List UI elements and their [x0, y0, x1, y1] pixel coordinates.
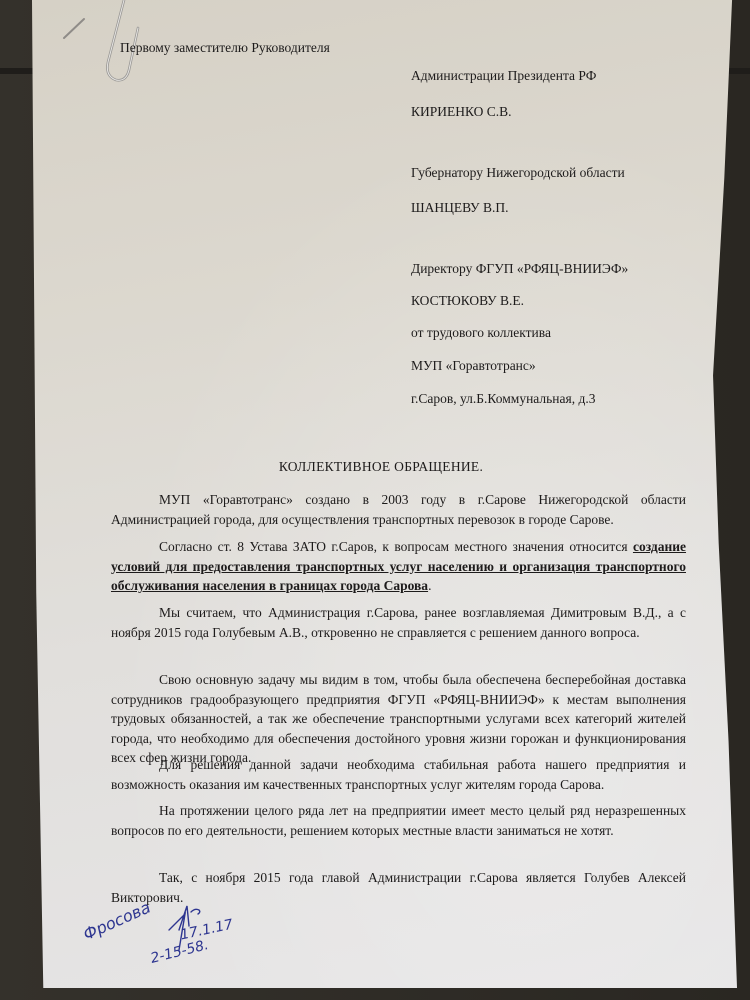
addressee-line: Директору ФГУП «РФЯЦ-ВНИИЭФ»	[411, 262, 628, 276]
addressee-name: ШАНЦЕВУ В.П.	[411, 201, 508, 215]
addressee-line: Администрации Президента РФ	[411, 69, 596, 83]
body-paragraph-emphasis: Согласно ст. 8 Устава ЗАТО г.Саров, к во…	[111, 537, 686, 596]
body-paragraph: Мы считаем, что Администрация г.Сарова, …	[111, 603, 686, 642]
sender-address: г.Саров, ул.Б.Коммунальная, д.3	[411, 392, 595, 406]
body-paragraph: На протяжении целого ряда лет на предпри…	[111, 801, 686, 840]
addressee-name: КИРИЕНКО С.В.	[411, 105, 512, 119]
body-paragraph: МУП «Горавтотранс» создано в 2003 году в…	[111, 490, 686, 529]
sender-organization: МУП «Горавтотранс»	[411, 359, 536, 373]
addressee-first-line: Первому заместителю Руководителя	[120, 41, 330, 55]
sender-line: от трудового коллектива	[411, 326, 551, 340]
paragraph-lead: Согласно ст. 8 Устава ЗАТО г.Саров, к во…	[159, 539, 628, 554]
document-title: КОЛЛЕКТИВНОЕ ОБРАЩЕНИЕ.	[0, 459, 750, 475]
addressee-name: КОСТЮКОВУ В.Е.	[411, 294, 524, 308]
addressee-line: Губернатору Нижегородской области	[411, 166, 625, 180]
body-paragraph: Для решения данной задачи необходима ста…	[111, 755, 686, 794]
body-paragraph: Свою основную задачу мы видим в том, что…	[111, 670, 686, 768]
